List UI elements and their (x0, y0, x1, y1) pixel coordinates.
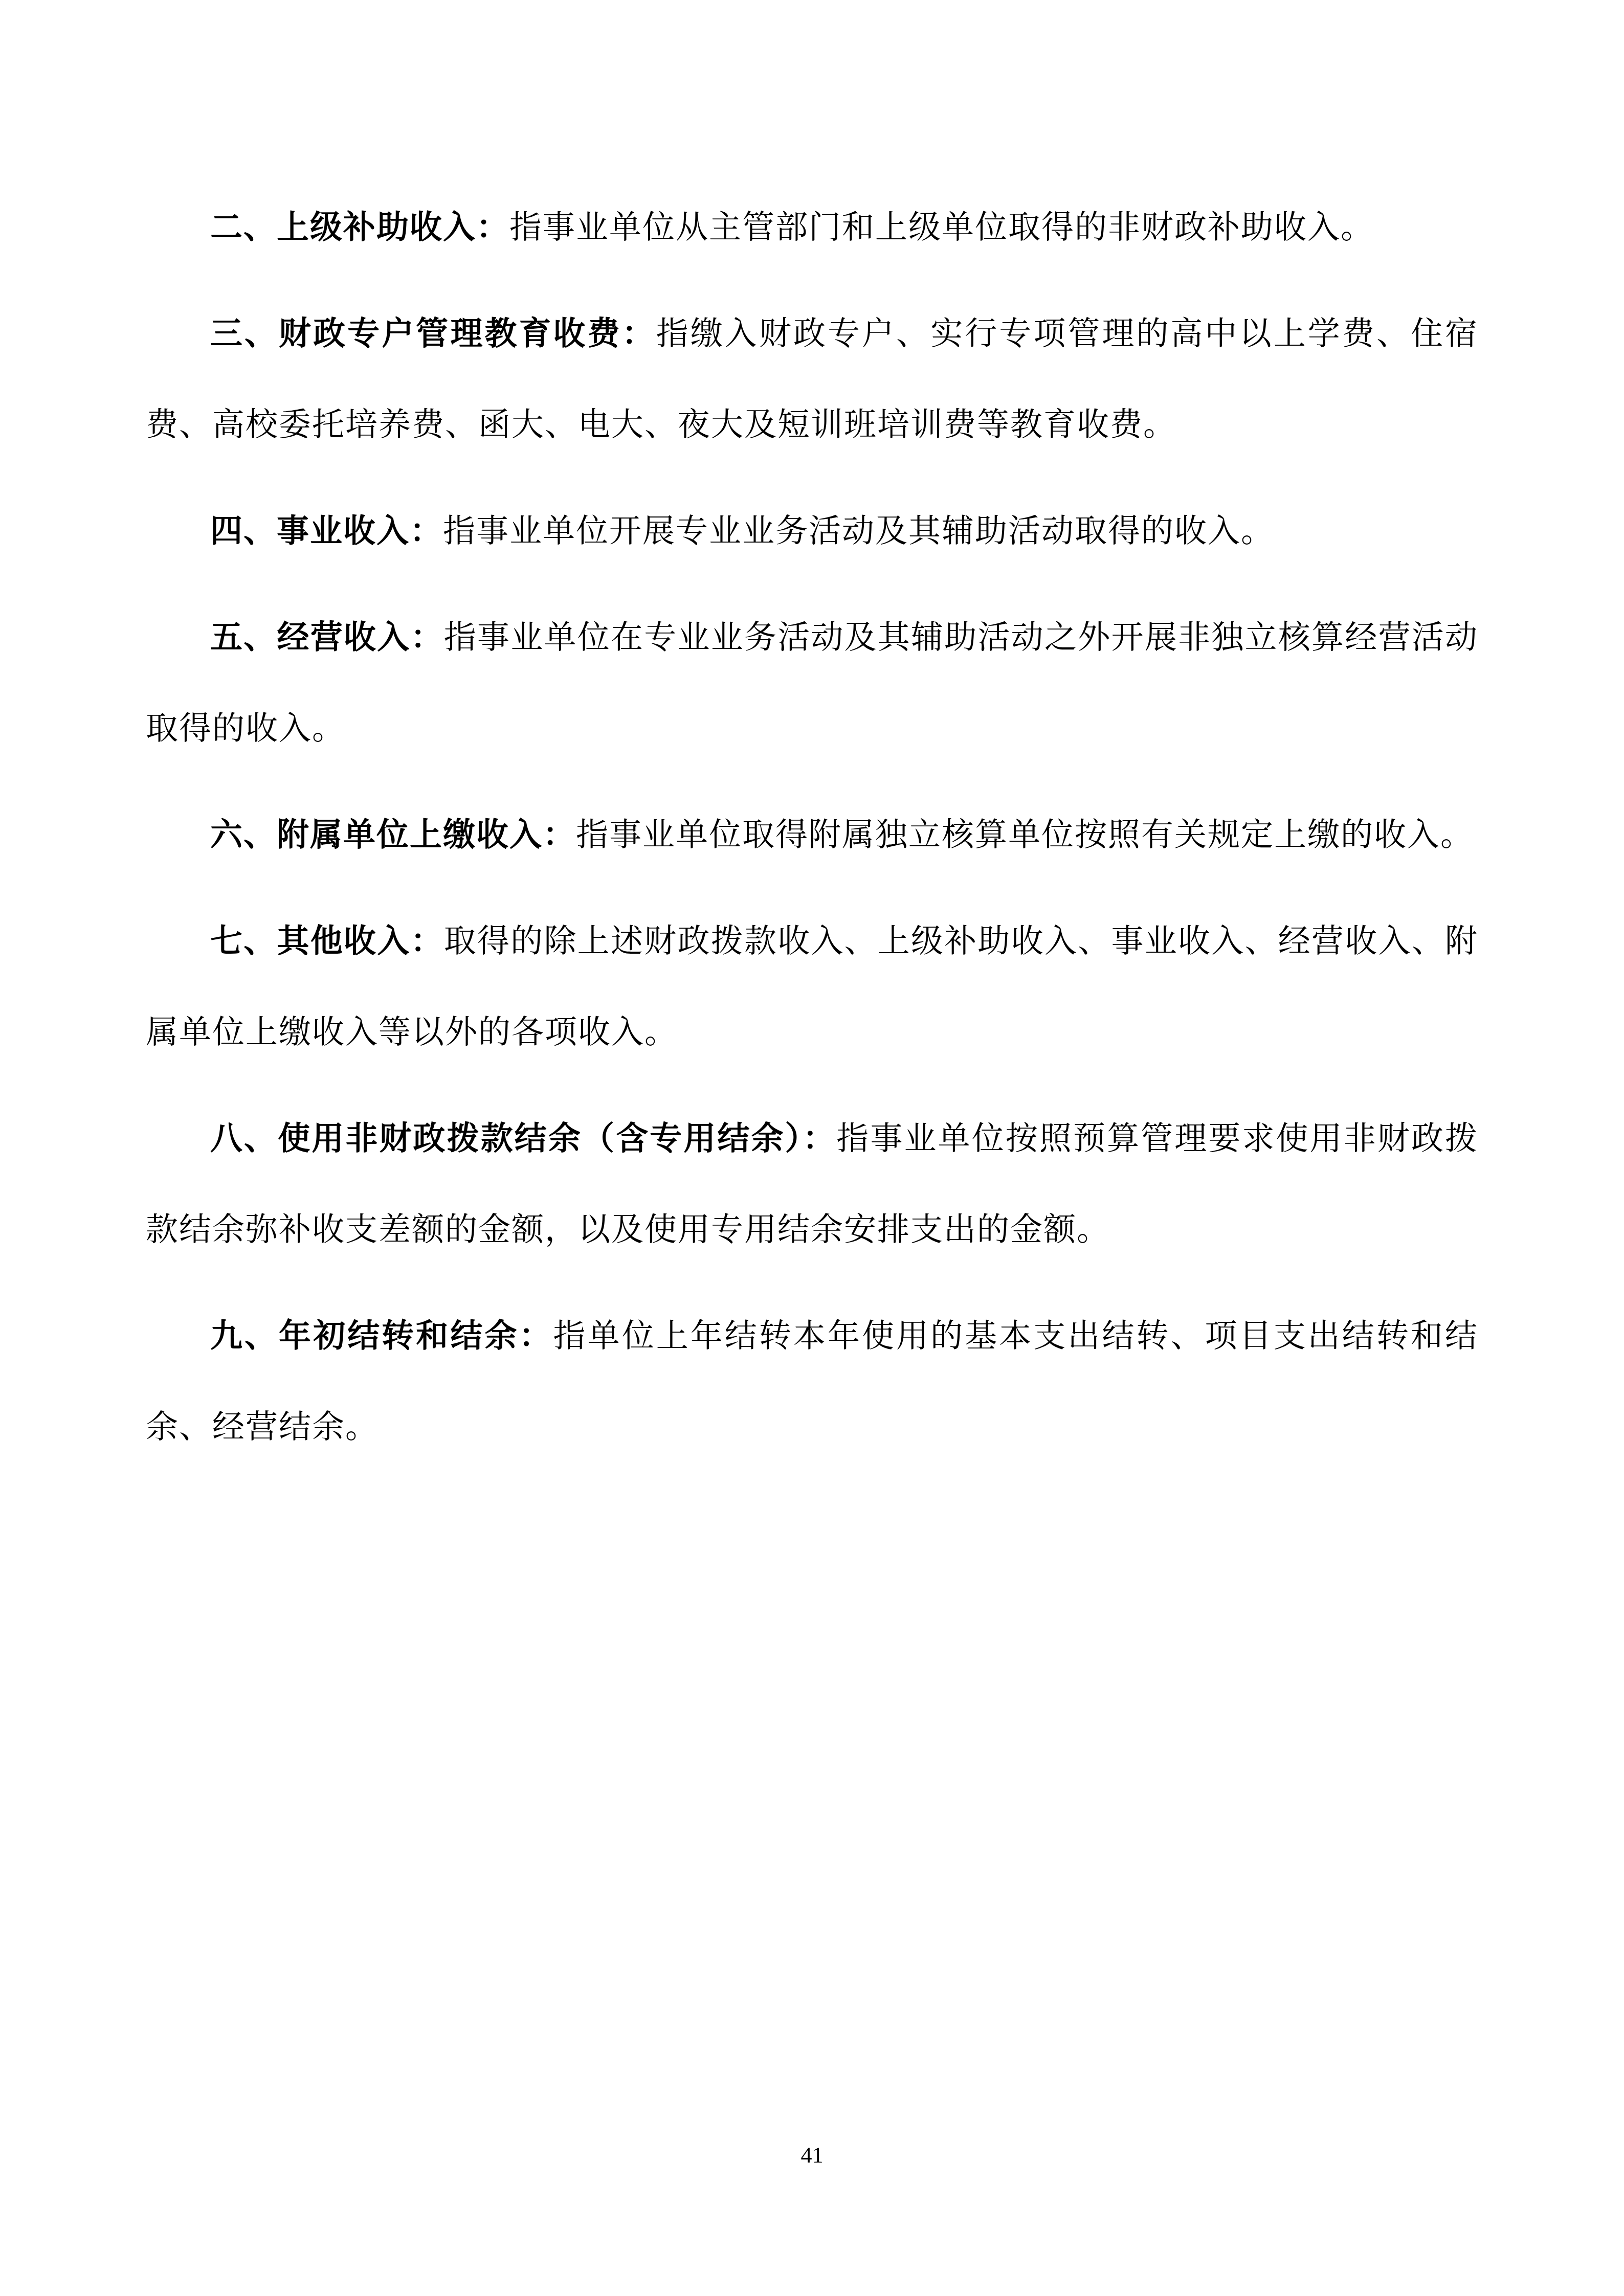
glossary-content: 二、上级补助收入：指事业单位从主管部门和上级单位取得的非财政补助收入。 三、财政… (146, 182, 1478, 1488)
page-number: 41 (0, 2140, 1624, 2171)
glossary-paragraph: 七、其他收入：取得的除上述财政拨款收入、上级补助收入、事业收入、经营收入、附属单… (146, 895, 1478, 1077)
term-heading: 九、年初结转和结余： (210, 1318, 553, 1354)
term-heading: 六、附属单位上缴收入： (210, 817, 576, 852)
term-heading: 八、使用非财政拨款结余（含专用结余）： (210, 1120, 836, 1156)
term-definition: 指事业单位开展专业业务活动及其辅助活动取得的收入。 (443, 513, 1274, 549)
term-heading: 四、事业收入： (210, 513, 443, 549)
glossary-paragraph: 三、财政专户管理教育收费：指缴入财政专户、实行专项管理的高中以上学费、住宿费、高… (146, 288, 1478, 470)
term-heading: 七、其他收入： (210, 923, 444, 959)
glossary-paragraph: 四、事业收入：指事业单位开展专业业务活动及其辅助活动取得的收入。 (146, 485, 1478, 576)
document-page: 二、上级补助收入：指事业单位从主管部门和上级单位取得的非财政补助收入。 三、财政… (0, 0, 1624, 2296)
term-definition: 指事业单位取得附属独立核算单位按照有关规定上缴的收入。 (576, 817, 1474, 852)
glossary-paragraph: 九、年初结转和结余：指单位上年结转本年使用的基本支出结转、项目支出结转和结余、经… (146, 1290, 1478, 1472)
term-heading: 三、财政专户管理教育收费： (210, 316, 656, 351)
glossary-paragraph: 五、经营收入：指事业单位在专业业务活动及其辅助活动之外开展非独立核算经营活动取得… (146, 592, 1478, 774)
term-heading: 五、经营收入： (210, 619, 444, 655)
term-definition: 指事业单位从主管部门和上级单位取得的非财政补助收入。 (509, 209, 1374, 245)
glossary-paragraph: 六、附属单位上缴收入：指事业单位取得附属独立核算单位按照有关规定上缴的收入。 (146, 789, 1478, 880)
glossary-paragraph: 八、使用非财政拨款结余（含专用结余）：指事业单位按照预算管理要求使用非财政拨款结… (146, 1093, 1478, 1275)
term-heading: 二、上级补助收入： (210, 209, 509, 245)
glossary-paragraph: 二、上级补助收入：指事业单位从主管部门和上级单位取得的非财政补助收入。 (146, 182, 1478, 273)
